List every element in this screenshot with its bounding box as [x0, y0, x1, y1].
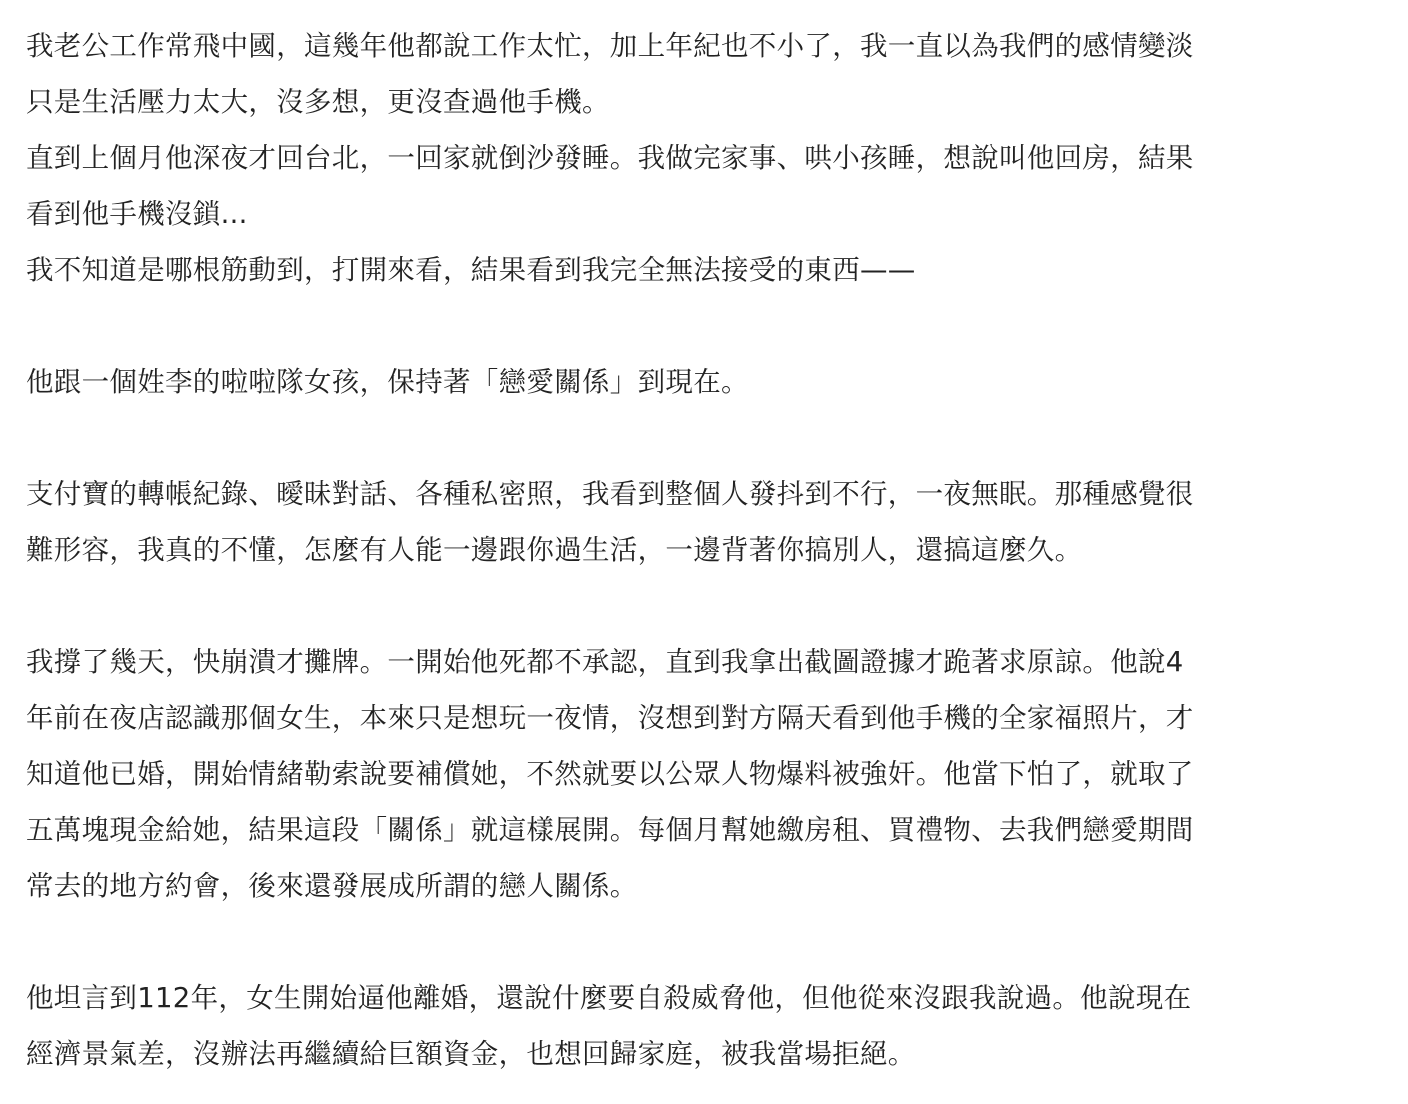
article-body: 我老公工作常飛中國，這幾年他都說工作太忙，加上年紀也不小了，我一直以為我們的感情… — [26, 18, 1386, 1082]
paragraph-gap — [26, 578, 1386, 634]
paragraph-5: 他坦言到112年，女生開始逼他離婚，還說什麼要自殺威脅他，但他從來沒跟我說過。他… — [26, 970, 1386, 1082]
paragraph-1: 我老公工作常飛中國，這幾年他都說工作太忙，加上年紀也不小了，我一直以為我們的感情… — [26, 18, 1386, 298]
text-line: 我撐了幾天，快崩潰才攤牌。一開始他死都不承認，直到我拿出截圖證據才跪著求原諒。他… — [26, 634, 1386, 690]
paragraph-gap — [26, 410, 1386, 466]
paragraph-gap — [26, 298, 1386, 354]
text-line: 支付寶的轉帳紀錄、曖昧對話、各種私密照，我看到整個人發抖到不行，一夜無眠。那種感… — [26, 466, 1386, 522]
text-line: 他坦言到112年，女生開始逼他離婚，還說什麼要自殺威脅他，但他從來沒跟我說過。他… — [26, 970, 1386, 1026]
text-line: 年前在夜店認識那個女生，本來只是想玩一夜情，沒想到對方隔天看到他手機的全家福照片… — [26, 690, 1386, 746]
paragraph-3: 支付寶的轉帳紀錄、曖昧對話、各種私密照，我看到整個人發抖到不行，一夜無眠。那種感… — [26, 466, 1386, 578]
paragraph-2: 他跟一個姓李的啦啦隊女孩，保持著「戀愛關係」到現在。 — [26, 354, 1386, 410]
paragraph-4: 我撐了幾天，快崩潰才攤牌。一開始他死都不承認，直到我拿出截圖證據才跪著求原諒。他… — [26, 634, 1386, 914]
text-line: 知道他已婚，開始情緒勒索說要補償她，不然就要以公眾人物爆料被強奸。他當下怕了，就… — [26, 746, 1386, 802]
text-line: 難形容，我真的不懂，怎麼有人能一邊跟你過生活，一邊背著你搞別人，還搞這麼久。 — [26, 522, 1386, 578]
text-line: 他跟一個姓李的啦啦隊女孩，保持著「戀愛關係」到現在。 — [26, 354, 1386, 410]
text-line: 看到他手機沒鎖... — [26, 186, 1386, 242]
text-line: 我不知道是哪根筋動到，打開來看，結果看到我完全無法接受的東西—— — [26, 242, 1386, 298]
text-line: 經濟景氣差，沒辦法再繼續給巨額資金，也想回歸家庭，被我當場拒絕。 — [26, 1026, 1386, 1082]
paragraph-gap — [26, 914, 1386, 970]
text-line: 只是生活壓力太大，沒多想，更沒查過他手機。 — [26, 74, 1386, 130]
text-line: 直到上個月他深夜才回台北，一回家就倒沙發睡。我做完家事、哄小孩睡，想說叫他回房，… — [26, 130, 1386, 186]
text-line: 我老公工作常飛中國，這幾年他都說工作太忙，加上年紀也不小了，我一直以為我們的感情… — [26, 18, 1386, 74]
text-line: 常去的地方約會，後來還發展成所謂的戀人關係。 — [26, 858, 1386, 914]
text-line: 五萬塊現金給她，結果這段「關係」就這樣展開。每個月幫她繳房租、買禮物、去我們戀愛… — [26, 802, 1386, 858]
